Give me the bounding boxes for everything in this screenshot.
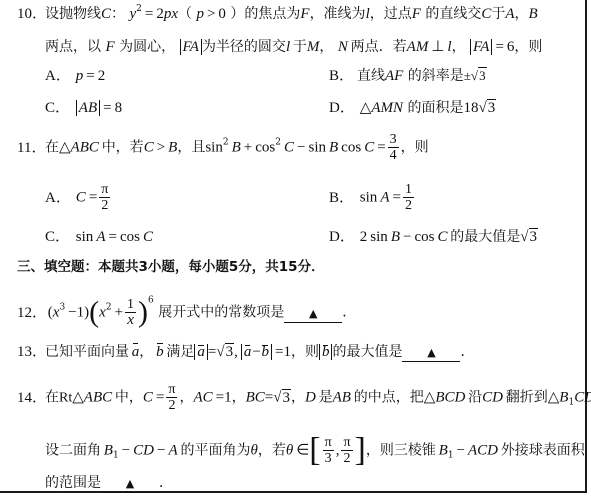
q11-option-a: A． C =π2 bbox=[45, 182, 112, 213]
section-3-title: 三、填空题：本题共3小题，每小题5分，共15分． bbox=[17, 257, 325, 277]
q14-line2: 设二面角 B1 − CD − A 的平面角为θ，若θ ∈[π3,π2]，则三棱锥… bbox=[45, 435, 585, 466]
q10-option-b: B．直线AF 的斜率是±√3 bbox=[329, 66, 487, 86]
blank-triangle-icon: ▲ bbox=[309, 307, 317, 320]
q11-number: 11． bbox=[17, 138, 45, 158]
q10-line2: 两点，以 F 为圆心， FA为半径的圆交l 于M， N 两点．若AM ⊥ l， … bbox=[45, 37, 542, 57]
q10-line1: 10．设抛物线C： y2 = 2px（ p > 0 ）的焦点为F，准线为l，过点… bbox=[17, 4, 538, 24]
q13-number: 13． bbox=[17, 342, 45, 362]
blank-triangle-icon: ▲ bbox=[427, 346, 435, 359]
q12-answer-blank[interactable]: ▲ bbox=[284, 306, 342, 323]
q13: 13．已知平面向量 a， b 满足a=√3, a−b =1，则b的最大值是▲． bbox=[17, 342, 474, 362]
q13-answer-blank[interactable]: ▲ bbox=[402, 345, 460, 362]
q11-option-d: D． 2 sin B − cos C 的最大值是√3 bbox=[329, 227, 538, 247]
q11-option-b: B． sin A =12 bbox=[329, 182, 416, 213]
q11-stem: 11．在△ABC 中，若C > B，且sin2 B + cos2 C − sin… bbox=[17, 132, 429, 163]
q14-answer-blank[interactable]: ▲ bbox=[101, 476, 159, 493]
q10-number: 10． bbox=[17, 4, 45, 24]
q14-line1: 14．在Rt△ABC 中，C =π2，AC =1，BC=√3，D 是AB 的中点… bbox=[17, 382, 591, 413]
blank-triangle-icon: ▲ bbox=[126, 477, 134, 490]
q14-number: 14． bbox=[17, 388, 45, 408]
q11-option-c: C． sin A = cos C bbox=[45, 227, 153, 247]
q10-option-d: D． △AMN 的面积是18√3 bbox=[329, 98, 496, 118]
q12: 12． (x3 −1)(x2 +1x)6 展开式中的常数项是▲． bbox=[17, 297, 356, 328]
q10-option-c: C． AB = 8 bbox=[45, 98, 122, 118]
q10-option-a: A． p = 2 bbox=[45, 66, 105, 86]
q14-line3: 的范围是▲． bbox=[45, 473, 173, 493]
q12-number: 12． bbox=[17, 303, 45, 323]
